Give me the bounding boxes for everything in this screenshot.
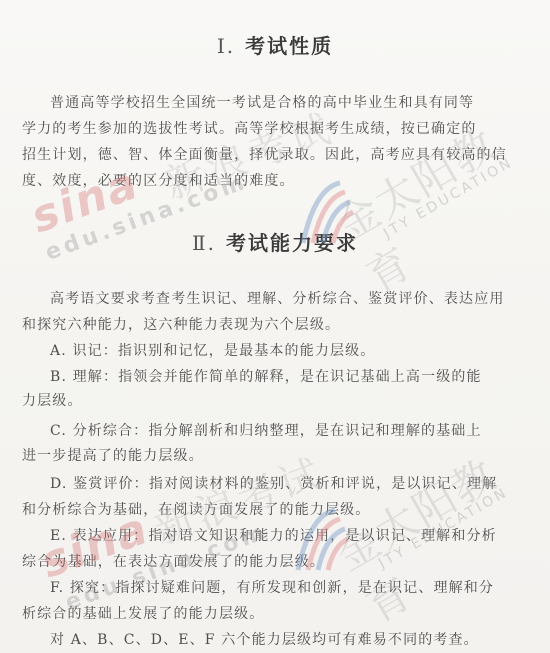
level-a-line: A. 识记：指识别和记忆，是最基本的能力层级。 <box>50 341 532 361</box>
section-2-number: Ⅱ. <box>192 231 216 255</box>
section-2-title: 考试能力要求 <box>226 231 358 255</box>
level-b-line: B. 理解：指领会并能作简单的解释，是在识记基础上高一级的能 <box>50 367 532 387</box>
section-1-heading: Ⅰ.考试性质 <box>0 30 550 59</box>
level-c-line: 进一步提高了的能力层级。 <box>22 446 532 466</box>
document-page: Ⅰ.考试性质 普通高等学校招生全国统一考试是合格的高中毕业生和具有同等 学力的考… <box>0 0 550 653</box>
section-1-line: 学力的考生参加的选拔性考试。高等学校根据考生成绩，按已确定的 <box>22 119 532 139</box>
level-b-line: 力层级。 <box>22 391 532 411</box>
section-1-title: 考试性质 <box>245 34 333 58</box>
level-d-line: D. 鉴赏评价：指对阅读材料的鉴别、赏析和评说，是以识记、理解 <box>50 474 532 494</box>
section-2-heading: Ⅱ.考试能力要求 <box>0 227 550 256</box>
level-f-line: F. 探究：指探讨疑难问题，有所发现和创新，是在识记、理解和分 <box>50 578 532 598</box>
section-2-intro-line: 和探究六种能力，这六种能力表现为六个层级。 <box>22 315 532 335</box>
level-c-line: C. 分析综合：指分解剖析和归纳整理，是在识记和理解的基础上 <box>50 421 532 441</box>
section-2-intro-line: 高考语文要求考查考生识记、理解、分析综合、鉴赏评价、表达应用 <box>50 289 532 309</box>
section-1-number: Ⅰ. <box>217 34 235 58</box>
level-d-line: 和分析综合为基础，在阅读方面发展了的能力层级。 <box>22 500 532 520</box>
section-1-line: 招生计划，德、智、体全面衡量，择优录取。因此，高考应具有较高的信 <box>22 145 532 165</box>
level-e-line: E. 表达应用：指对语文知识和能力的运用，是以识记、理解和分析 <box>50 526 532 546</box>
section-1-line: 度、效度，必要的区分度和适当的难度。 <box>22 171 532 191</box>
closing-line: 对 A、B、C、D、E、F 六个能力层级均可有难易不同的考查。 <box>50 630 532 650</box>
section-1-line: 普通高等学校招生全国统一考试是合格的高中毕业生和具有同等 <box>50 93 532 113</box>
level-e-line: 综合为基础，在表达方面发展了的能力层级。 <box>22 552 532 572</box>
level-f-line: 析综合的基础上发展了的能力层级。 <box>22 604 532 624</box>
